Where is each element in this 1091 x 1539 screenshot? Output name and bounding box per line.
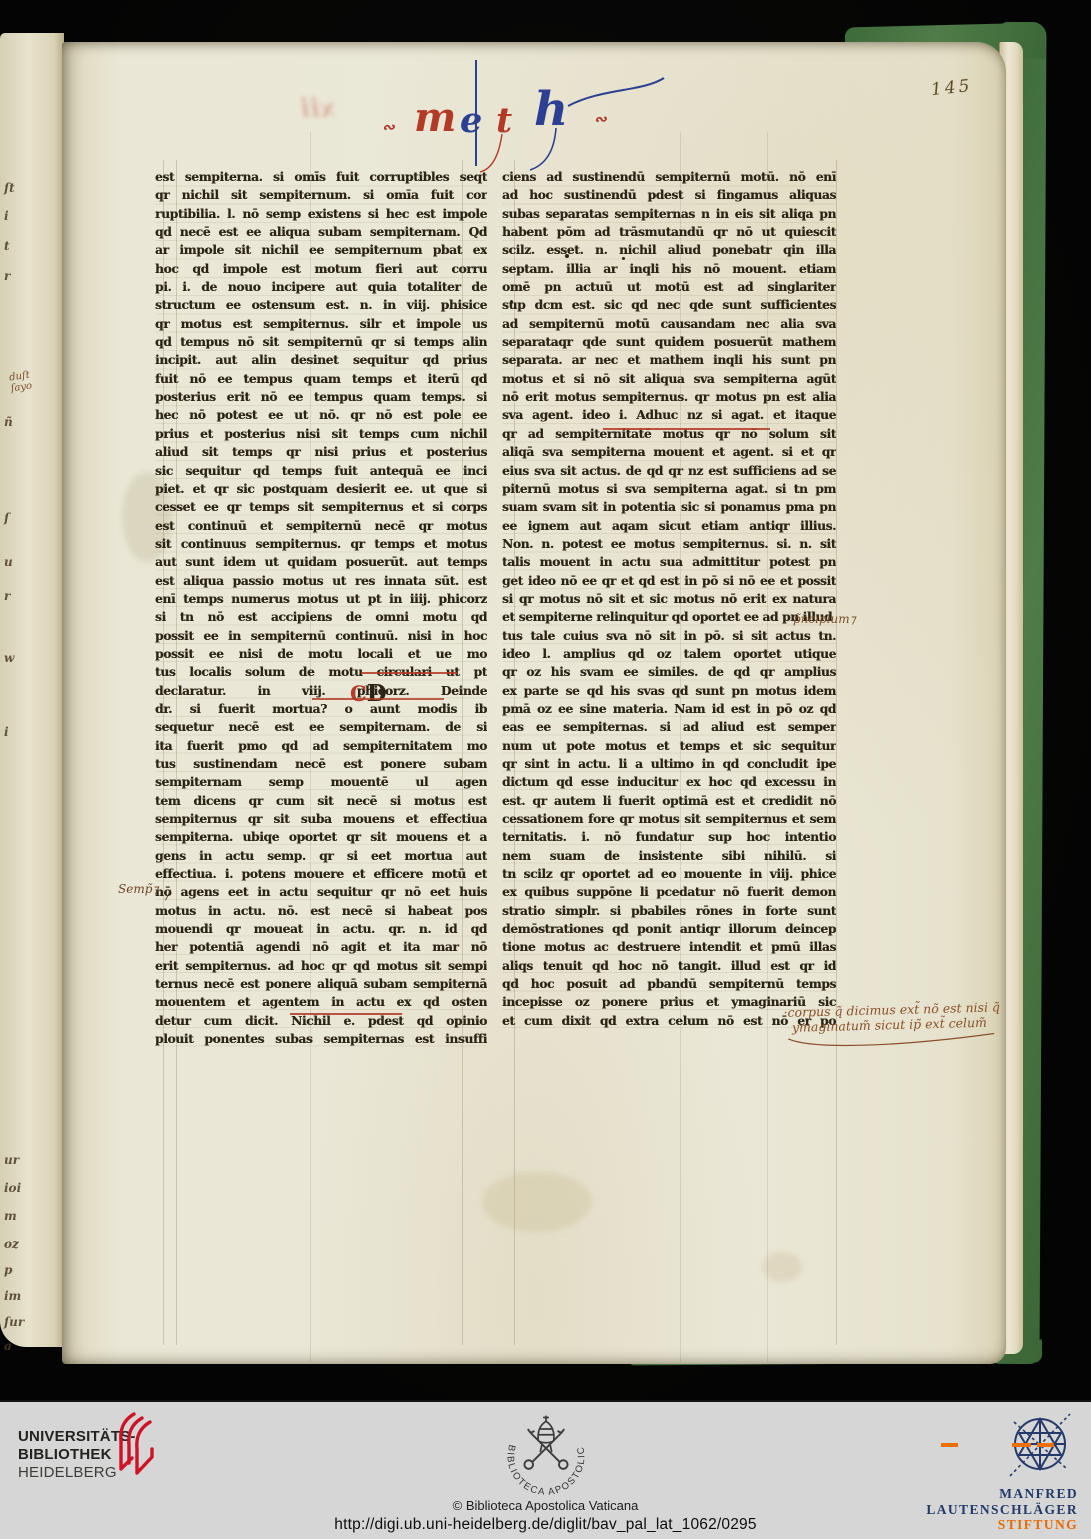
manuscript-text-line: subas separatas sempiternas n in eis sit… xyxy=(502,205,836,223)
manuscript-text-line: talis mouent in actu sua admittitur pote… xyxy=(502,553,836,571)
red-strikethrough xyxy=(312,698,444,700)
manuscript-text-line: tn scilz qr oportet ad eo mouente in vii… xyxy=(502,865,836,883)
rubricated-initial: CD xyxy=(350,680,387,707)
lautenschlaeger-globe-icon xyxy=(1006,1410,1074,1487)
facing-page-text-fragment: ñ xyxy=(4,415,13,429)
lautenschlaeger-wordmark: MANFRED LAUTENSCHLÄGER STIFTUNG xyxy=(926,1486,1078,1533)
marginal-slash: / xyxy=(166,888,170,903)
manuscript-text-line: qd hoc posuit ad pbandū sempiternū temps xyxy=(502,975,836,993)
manuscript-text-line: separataqr qde sunt quidem posuerūt math… xyxy=(502,333,836,351)
manuscript-text-line: est aliqua passio motus ut res innata sū… xyxy=(155,572,487,590)
manuscript-text-line: nō erit motus sempiternus. qr motus pn e… xyxy=(502,388,836,406)
digitized-manuscript-viewer: ſt i t r ñ ſ u r w i ur ioi m oz p im ſu… xyxy=(0,0,1091,1539)
ub-heidelberg-logo-icon xyxy=(108,1410,160,1485)
facing-page-text-fragment: w xyxy=(4,651,14,665)
manuscript-text-line: sequetur necē est ee sempiternam. de si xyxy=(155,718,487,736)
manuscript-text-line: si qr motus nō sit et sic motus nō erit … xyxy=(502,590,836,608)
manuscript-text-line: tione motus ac destruere intendit et pmū… xyxy=(502,938,836,956)
orange-dash xyxy=(1012,1443,1031,1447)
manuscript-text-line: num ut pote motus et temps et sic sequit… xyxy=(502,737,836,755)
facing-page-text-fragment: i xyxy=(4,209,9,223)
manuscript-text-line: pmā oz ee sine materia. Nam id est in pō… xyxy=(502,700,836,718)
manuscript-text-line: septam. illia ar inqli his nō mouent. et… xyxy=(502,260,836,278)
manuscript-text-line: sva agent. ideo i. Adhuc nz si agat. et … xyxy=(502,406,836,424)
manuscript-text-line: ex quibus suppōne li pcedatur nō fuerit … xyxy=(502,883,836,901)
manuscript-text-line: eas ee sempiternas. si ad aliud est semp… xyxy=(502,718,836,736)
manuscript-text-line: enī temps numerus motus ut pt in iiij. p… xyxy=(155,590,487,608)
manuscript-text-line: nem suam de insistente sibi nihilū. si xyxy=(502,847,836,865)
facing-page-text-fragment: i xyxy=(4,725,9,739)
manuscript-text-line: hoc qd impole est motum fieri aut corru xyxy=(155,260,487,278)
ghost-letters: xii xyxy=(300,94,335,124)
pilcrow-mark: C xyxy=(350,681,367,706)
manuscript-text-line: nō agens eet in actu sequitur qr nō eet … xyxy=(155,883,487,901)
show-through-text: xii xyxy=(300,94,335,124)
manuscript-text-line: est sempiterna. si omīs fuit corruptible… xyxy=(155,168,487,186)
manuscript-text-line: ar impole sit nichil ee sempiternum pbat… xyxy=(155,241,487,259)
red-overline xyxy=(361,672,457,674)
facing-page-text-fragment: a xyxy=(4,1339,12,1353)
manuscript-text-line: motus et si nō sit aliqua sva sempiterna… xyxy=(502,370,836,388)
orange-dash xyxy=(941,1443,958,1447)
manuscript-photo: ſt i t r ñ ſ u r w i ur ioi m oz p im ſu… xyxy=(0,0,1091,1400)
facing-page-text-fragment: ſur xyxy=(4,1315,24,1329)
manuscript-text-line: stratio simplr. si pbabiles rōnes in for… xyxy=(502,902,836,920)
manuscript-page: 145 xii ∾ m e t h ∾ est se xyxy=(62,42,1006,1364)
manuscript-text-line: scilz. esset. n. nichil aliud ponebatr q… xyxy=(502,241,836,259)
manuscript-text-line: fuit nō ee tempus quam temps et iterū qd xyxy=(155,370,487,388)
manuscript-text-line: qr nichil sit sempiternum. si omīa fuit … xyxy=(155,186,487,204)
manuscript-text-line: ideo l. amplius qd oz talem oportet utiq… xyxy=(502,645,836,663)
manuscript-text-line: ad sempiternū motū causandam nec alia sv… xyxy=(502,315,836,333)
manuscript-text-line: possit ee in sempiternū continuū. nisi i… xyxy=(155,627,487,645)
manuscript-text-line: gens in actu semp. qr si eet mortua aut xyxy=(155,847,487,865)
facing-page-text-fragment: m xyxy=(4,1209,17,1223)
folio-number: 145 xyxy=(930,76,973,100)
ml-line-3: STIFTUNG xyxy=(926,1517,1078,1533)
parchment-stain xyxy=(482,1172,592,1232)
facing-page-text-fragment: r xyxy=(4,589,10,603)
manuscript-text-line: sempiterna. ubiqe oportet qr sit mouens … xyxy=(155,828,487,846)
facing-page-text-fragment: p xyxy=(4,1263,12,1277)
facing-page-text-fragment: ur xyxy=(4,1153,19,1167)
red-underline xyxy=(603,428,770,430)
manuscript-text-line: motus in actu. nō. est necē si habeat po… xyxy=(155,902,487,920)
orange-dash xyxy=(1037,1443,1054,1447)
manuscript-text-line: get ideo nō ee qr et qd est in pō si nō … xyxy=(502,572,836,590)
initial-letter-d: D xyxy=(367,680,387,707)
manuscript-text-line: piternū motus si sva sempiterna agat. si… xyxy=(502,480,836,498)
red-underline xyxy=(290,1013,402,1015)
manuscript-text-line: ee ignem aut aqam sicut etiam antiqr ill… xyxy=(502,517,836,535)
text-column-1: est sempiterna. si omīs fuit corruptible… xyxy=(155,168,487,1050)
ruling-line xyxy=(836,160,837,1345)
facing-page-text-fragment: oz xyxy=(4,1237,19,1251)
vatican-library-seal-icon: BIBLIOTECA APOSTOLICA VATICANA xyxy=(494,1406,598,1507)
manuscript-text-line: piet. et qr sic postquam desierit ee. ut… xyxy=(155,480,487,498)
manuscript-text-line: ita fuerit pmo qd ad sempiternitatem mo xyxy=(155,737,487,755)
manuscript-text-line: ex parte se qd his svas qd sunt pn motus… xyxy=(502,682,836,700)
footer-bar: UNIVERSITÄTS- BIBLIOTHEK HEIDELBERG BIBL… xyxy=(0,1400,1091,1539)
manuscript-text-line: aut sunt idem ut quidam posuerūt. aut te… xyxy=(155,553,487,571)
manuscript-text-line: cesset ee qr temps sit sempiternus et si… xyxy=(155,498,487,516)
manuscript-text-line: demōstrationes qd ponit antiqr illorum d… xyxy=(502,920,836,938)
manuscript-text-line: sic sequitur qd temps fuit antequā ee in… xyxy=(155,462,487,480)
manuscript-text-line: pi. i. de nouo incipere aut quia totalit… xyxy=(155,278,487,296)
facing-page-text-fragment: ioi xyxy=(4,1181,21,1195)
manuscript-text-line: est continuū et sempiternū necē qr motus xyxy=(155,517,487,535)
facing-page-text-fragment: ſt xyxy=(4,181,15,195)
marginal-note-bottom-right: ·corpus q̃ dicimus ext̃ nõ est nisi q̃ y… xyxy=(783,999,1014,1054)
manuscript-text-line: ad hoc sustinendū pdest si fingamus aliq… xyxy=(502,186,836,204)
ml-line-2: LAUTENSCHLÄGER xyxy=(926,1502,1078,1518)
manuscript-text-line: et sempiterne relinquitur qd oportet ee … xyxy=(502,608,836,626)
facing-page-text-fragment: ſ xyxy=(4,511,9,525)
manuscript-text-line: qr motus est sempiternus. silr et impole… xyxy=(155,315,487,333)
manuscript-text-line: structum ee ostensum est. n. in viij. ph… xyxy=(155,296,487,314)
facing-page-text-fragment: t xyxy=(4,239,10,253)
manuscript-text-line: habent pōm ad trāsmutandū qr nō ut quies… xyxy=(502,223,836,241)
manuscript-text-line: posterius erit nō ee tempus quam temps. … xyxy=(155,388,487,406)
facing-page-text-fragment: u xyxy=(4,555,13,569)
manuscript-text-line: omē pn actuū ut motū est ad singlariter xyxy=(502,278,836,296)
manuscript-text-line: qr oz his svam ee similes. de qd qr ampl… xyxy=(502,663,836,681)
manuscript-text-line: incipit. aut alin desinet sequitur qd pr… xyxy=(155,351,487,369)
manuscript-text-line: sempiternam semp mouentē ul agen xyxy=(155,773,487,791)
manuscript-text-line: sempiternus qr sit suba mouens et effect… xyxy=(155,810,487,828)
manuscript-text-line: sup dcm est. sic qd nec qde sunt suffici… xyxy=(502,296,836,314)
marginal-note-right: p̃ncipium⁊ xyxy=(793,612,856,626)
manuscript-text-line: cessationem fore qr motus sit sempiternu… xyxy=(502,810,836,828)
manuscript-text-line: possit ee nisi de motu locali et ue mo xyxy=(155,645,487,663)
facing-page-marginal-note: duſt ſayo xyxy=(9,370,33,395)
manuscript-text-line: her potentiā agendi nō agit et ita mar n… xyxy=(155,938,487,956)
manuscript-text-line: ternitatis. i. nō fundatur sup hoc inten… xyxy=(502,828,836,846)
marginal-note-left: Semp̃⁊ xyxy=(118,882,158,896)
manuscript-text-line: qd tempus nō sit sempiternū qr si temps … xyxy=(155,333,487,351)
manuscript-text-line: suam svam sit in potentia sic si ponamus… xyxy=(502,498,836,516)
manuscript-text-line: sit continuus sempiternus. qr temps et m… xyxy=(155,535,487,553)
manuscript-text-line: aliud sit temps qr nisi prius et posteri… xyxy=(155,443,487,461)
manuscript-text-line: qr sint in actu. li a ultimo in qd concl… xyxy=(502,755,836,773)
facing-page-edge: ſt i t r ñ ſ u r w i ur ioi m oz p im ſu… xyxy=(0,33,64,1347)
manuscript-text-line: ciens ad sustinendū sempiternū motū. nō … xyxy=(502,168,836,186)
manuscript-text-line: dr. si fuerit mortua? o aunt modis ib xyxy=(155,700,487,718)
manuscript-text-line: mouendi qr moueat in actu. qr. n. id qd xyxy=(155,920,487,938)
manuscript-text-line: hec nō potest ee ut nō. qr nō est pole e… xyxy=(155,406,487,424)
manuscript-text-line: tus tale cuius sva nō sit in pō. si sit … xyxy=(502,627,836,645)
facing-page-text-fragment: r xyxy=(4,269,10,283)
manuscript-text-line: est. qr autem li fuerit optimā est et cr… xyxy=(502,792,836,810)
manuscript-text-line: mouentem et agentem in actu ex qd osten xyxy=(155,993,487,1011)
manuscript-text-line: qd necē est ee aliqua subam sempiternam.… xyxy=(155,223,487,241)
manuscript-text-line: prius et posterius nisi sit temps cum ni… xyxy=(155,425,487,443)
text-column-2: ciens ad sustinendū sempiternū motū. nō … xyxy=(502,168,836,1032)
manuscript-text-line: tem dicens qr cum sit necē si motus est xyxy=(155,792,487,810)
manuscript-text-line: eius sva sit actus. de qd qr nz est suff… xyxy=(502,462,836,480)
facing-page-text-fragment: im xyxy=(4,1289,21,1303)
manuscript-text-line: erit sempiternus. ad hoc qr qd motus sit… xyxy=(155,957,487,975)
manuscript-text-line: Non. n. potest ee motus sempiternus. si.… xyxy=(502,535,836,553)
manuscript-text-line: effectiua. i. potens mouere et efficere … xyxy=(155,865,487,883)
manuscript-text-line: plouit ponentes subas sempiternas est in… xyxy=(155,1030,487,1048)
manuscript-text-line: separata. ar nec et mathem inqli his sun… xyxy=(502,351,836,369)
manuscript-text-line: ternus necē est ponere aliquā subam semp… xyxy=(155,975,487,993)
parchment-stain xyxy=(762,1252,802,1282)
manuscript-text-line: aliqā sva sempiterna mouent et agent. si… xyxy=(502,443,836,461)
manuscript-text-line: aliqs tenuit qd hoc nō tangit. illud est… xyxy=(502,957,836,975)
manuscript-text-line: si tn nō est accipiens de omni motu qd xyxy=(155,608,487,626)
ml-line-1: MANFRED xyxy=(926,1486,1078,1502)
manuscript-text-line: dictum qd esse inducitur ex hoc qd exces… xyxy=(502,773,836,791)
manuscript-text-line: ruptibilia. l. nō semp existens si hec e… xyxy=(155,205,487,223)
manuscript-text-line: tus sustinendam necē est ponere subam xyxy=(155,755,487,773)
